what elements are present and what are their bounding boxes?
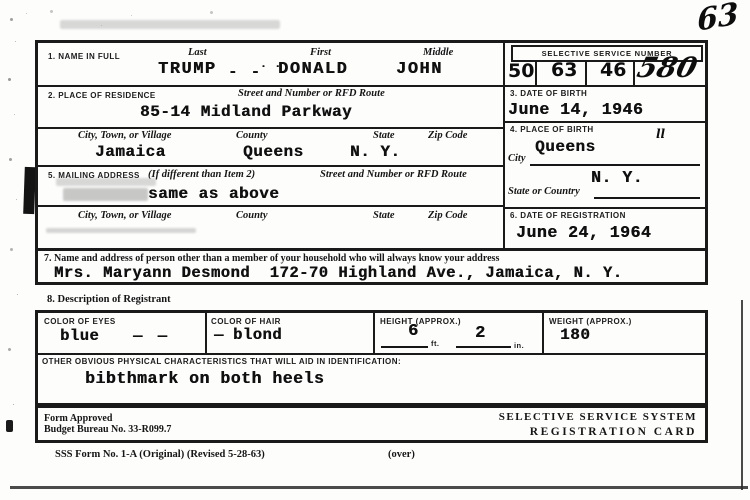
last-name-value: TRUMP — [158, 60, 217, 79]
cell-divider — [542, 313, 544, 353]
residence-state-value: N. Y. — [350, 143, 401, 161]
residence-city-value: Jamaica — [95, 143, 166, 161]
other-characteristics-value: bibthmark on both heels — [85, 369, 324, 388]
scan-artifact — [741, 300, 743, 490]
rule — [38, 353, 705, 355]
ssn-cell-divider — [535, 60, 537, 85]
scan-artifact — [10, 18, 13, 21]
zip-header-2: Zip Code — [428, 210, 467, 221]
rule — [38, 248, 705, 251]
eyes-value: blue — [60, 327, 99, 345]
state-header: State — [373, 130, 395, 141]
dob-label: 3. DATE OF BIRTH — [510, 89, 587, 98]
city-header-2: City, Town, or Village — [78, 210, 171, 221]
rule — [38, 165, 503, 167]
mailing-sublabel: Street and Number or RFD Route — [320, 169, 467, 180]
ssn-cell-divider — [585, 60, 587, 85]
birthplace-city-label: City — [508, 153, 526, 164]
height-label: HEIGHT (APPROX.) — [380, 317, 461, 326]
first-name-value: DONALD — [278, 60, 348, 79]
scan-artifact — [6, 420, 13, 432]
form-approved-block: Form Approved Budget Bureau No. 33-R099.… — [44, 413, 171, 435]
other-characteristics-label: OTHER OBVIOUS PHYSICAL CHARACTERISTICS T… — [42, 357, 401, 366]
registration-label: 6. DATE OF REGISTRATION — [510, 211, 626, 220]
main-card-box: 1. NAME IN FULL Last First Middle TRUMP … — [35, 40, 708, 285]
agency-block: SELECTIVE SERVICE SYSTEM REGISTRATION CA… — [499, 410, 697, 440]
contact-value: Mrs. Maryann Desmond 172-70 Highland Ave… — [54, 264, 623, 282]
height-in-value: 2 — [475, 324, 486, 343]
registration-value: June 24, 1964 — [516, 223, 651, 242]
residence-street-value: 85-14 Midland Parkway — [140, 103, 352, 121]
stray-dash-mark: — — [214, 326, 224, 344]
mailing-paren: (If different than Item 2) — [148, 169, 255, 180]
county-header-2: County — [236, 210, 268, 221]
eyes-label: COLOR OF EYES — [44, 317, 116, 326]
in-unit-label: in. — [514, 341, 524, 350]
footer-box: Form Approved Budget Bureau No. 33-R099.… — [35, 405, 708, 443]
birthplace-label: 4. PLACE OF BIRTH — [510, 125, 594, 134]
birthplace-city-value: Queens — [535, 138, 596, 156]
residence-sublabel: Street and Number or RFD Route — [238, 88, 385, 99]
rule — [503, 121, 705, 123]
hair-value: blond — [233, 326, 282, 344]
dob-value: June 14, 1946 — [508, 100, 643, 119]
form-approved-line: Form Approved — [44, 413, 171, 424]
scan-artifact — [23, 167, 36, 214]
column-divider — [503, 43, 505, 248]
ruled-line — [381, 346, 428, 348]
rule — [38, 205, 503, 207]
ssn-part-4: 580 — [634, 51, 701, 84]
ruled-line — [530, 164, 700, 166]
ssn-part-1: 50 — [508, 60, 534, 82]
ruled-line — [594, 197, 700, 199]
ssn-part-2: 63 — [551, 59, 577, 81]
ft-unit-label: ft. — [431, 339, 439, 348]
weight-label: WEIGHT (APPROX.) — [549, 317, 632, 326]
mailing-value: same as above — [148, 185, 279, 203]
stray-dash-mark: - - — [228, 63, 262, 81]
first-header: First — [310, 47, 331, 58]
residence-label: 2. PLACE OF RESIDENCE — [48, 91, 156, 100]
cell-divider — [205, 313, 207, 353]
city-header: City, Town, or Village — [78, 130, 171, 141]
over-label: (over) — [388, 449, 415, 460]
description-heading: 8. Description of Registrant — [47, 294, 171, 305]
birthplace-state-label: State or Country — [508, 186, 580, 197]
handwritten-corner-note: 63 — [697, 0, 739, 39]
stray-pen-mark: ll — [656, 127, 665, 141]
hair-label: COLOR OF HAIR — [211, 317, 281, 326]
contact-label: 7. Name and address of person other than… — [44, 253, 499, 264]
middle-name-value: JOHN — [396, 60, 443, 79]
budget-bureau-line: Budget Bureau No. 33-R099.7 — [44, 424, 171, 435]
height-ft-value: 6 — [408, 322, 419, 341]
scan-artifact — [56, 178, 156, 186]
cell-divider — [373, 313, 375, 353]
scan-artifact — [10, 486, 748, 489]
state-header-2: State — [373, 210, 395, 221]
residence-county-value: Queens — [243, 143, 304, 161]
form-number: SSS Form No. 1-A (Original) (Revised 5-2… — [55, 449, 265, 460]
name-in-full-label: 1. NAME IN FULL — [48, 52, 120, 61]
scan-artifact — [63, 188, 148, 201]
description-box: COLOR OF EYES blue — — COLOR OF HAIR — b… — [35, 310, 708, 406]
ruled-line — [456, 346, 511, 348]
stray-dash-mark: — — — [133, 327, 170, 345]
ssn-part-3: 46 — [600, 59, 626, 81]
weight-value: 180 — [560, 326, 590, 344]
county-header: County — [236, 130, 268, 141]
scanned-registration-card-page: 63 1. NAME IN FULL Last First Middle TRU… — [0, 0, 750, 500]
birthplace-state-value: N. Y. — [591, 168, 643, 187]
zip-header: Zip Code — [428, 130, 467, 141]
last-header: Last — [188, 47, 207, 58]
middle-header: Middle — [423, 47, 453, 58]
rule — [38, 127, 503, 129]
rule — [503, 207, 705, 209]
card-type: REGISTRATION CARD — [499, 425, 697, 440]
scan-artifact — [46, 228, 196, 233]
rule — [38, 85, 705, 87]
scan-artifact — [60, 20, 280, 29]
agency-name: SELECTIVE SERVICE SYSTEM — [499, 410, 697, 425]
